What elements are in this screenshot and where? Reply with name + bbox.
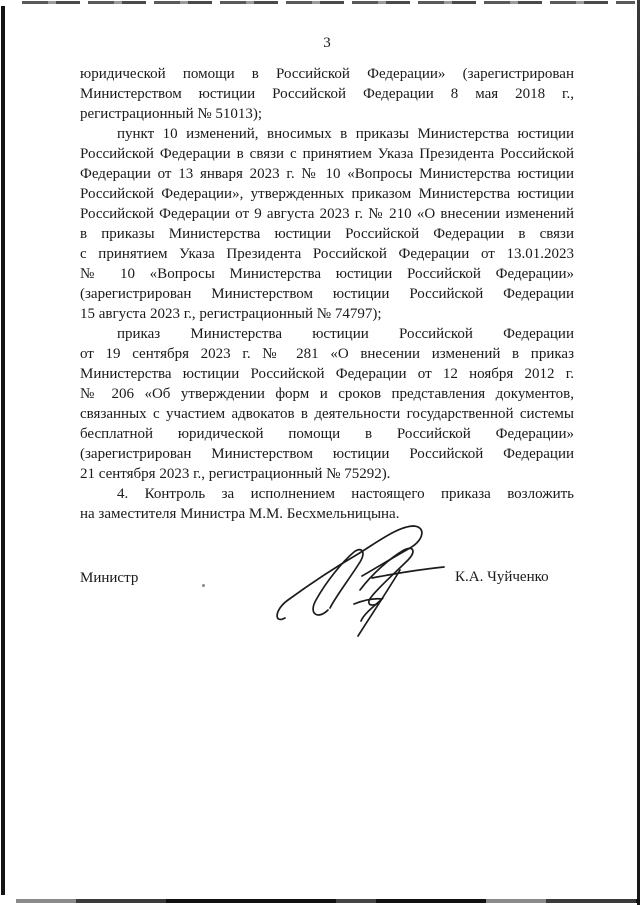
- scan-speck: [202, 584, 205, 587]
- minister-signature-ink: [276, 516, 446, 640]
- text-line: Министерством юстиции Российской Федерац…: [80, 84, 574, 104]
- signer-name: К.А. Чуйченко: [455, 567, 549, 587]
- scan-border-top: [22, 1, 635, 4]
- text-line: в приказы Министерства юстиции Российско…: [80, 224, 574, 244]
- scan-border-bottom: [16, 899, 640, 903]
- text-line: регистрационный № 51013);: [80, 104, 574, 124]
- paragraph: приказ Министерства юстиции Российской Ф…: [80, 324, 574, 484]
- text-line: № 10 «Вопросы Министерства юстиции Росси…: [80, 264, 574, 284]
- text-line: Федерации от 13 января 2023 г. № 10 «Воп…: [80, 164, 574, 184]
- text-line: Российской Федерации от 9 августа 2023 г…: [80, 204, 574, 224]
- text-line: № 206 «Об утверждении форм и сроков пред…: [80, 384, 574, 404]
- text-line: приказ Министерства юстиции Российской Ф…: [80, 324, 574, 344]
- text-line: (зарегистрирован Министерством юстиции Р…: [80, 444, 574, 464]
- text-line: юридической помощи в Российской Федераци…: [80, 64, 574, 84]
- text-line: от 19 сентября 2023 г. № 281 «О внесении…: [80, 344, 574, 364]
- text-line: связанных с участием адвокатов в деятель…: [80, 404, 574, 424]
- text-line: с принятием Указа Президента Российской …: [80, 244, 574, 264]
- signer-title: Министр: [80, 568, 138, 588]
- document-body: юридической помощи в Российской Федераци…: [80, 64, 574, 524]
- text-line: (зарегистрирован Министерством юстиции Р…: [80, 284, 574, 304]
- text-line: бесплатной юридической помощи в Российск…: [80, 424, 574, 444]
- text-line: 21 сентября 2023 г., регистрационный № 7…: [80, 464, 574, 484]
- text-line: Российской Федерации», утвержденных прик…: [80, 184, 574, 204]
- text-line: 4. Контроль за исполнением настоящего пр…: [80, 484, 574, 504]
- scan-border-left: [1, 6, 5, 895]
- page-number: 3: [80, 33, 574, 53]
- text-line: пункт 10 изменений, вносимых в приказы М…: [80, 124, 574, 144]
- text-line: Российской Федерации в связи с принятием…: [80, 144, 574, 164]
- text-line: Министерства юстиции Российской Федераци…: [80, 364, 574, 384]
- document-page: 3 юридической помощи в Российской Федера…: [0, 0, 640, 905]
- paragraph: юридической помощи в Российской Федераци…: [80, 64, 574, 124]
- text-line: 15 августа 2023 г., регистрационный № 74…: [80, 304, 574, 324]
- paragraph: пункт 10 изменений, вносимых в приказы М…: [80, 124, 574, 324]
